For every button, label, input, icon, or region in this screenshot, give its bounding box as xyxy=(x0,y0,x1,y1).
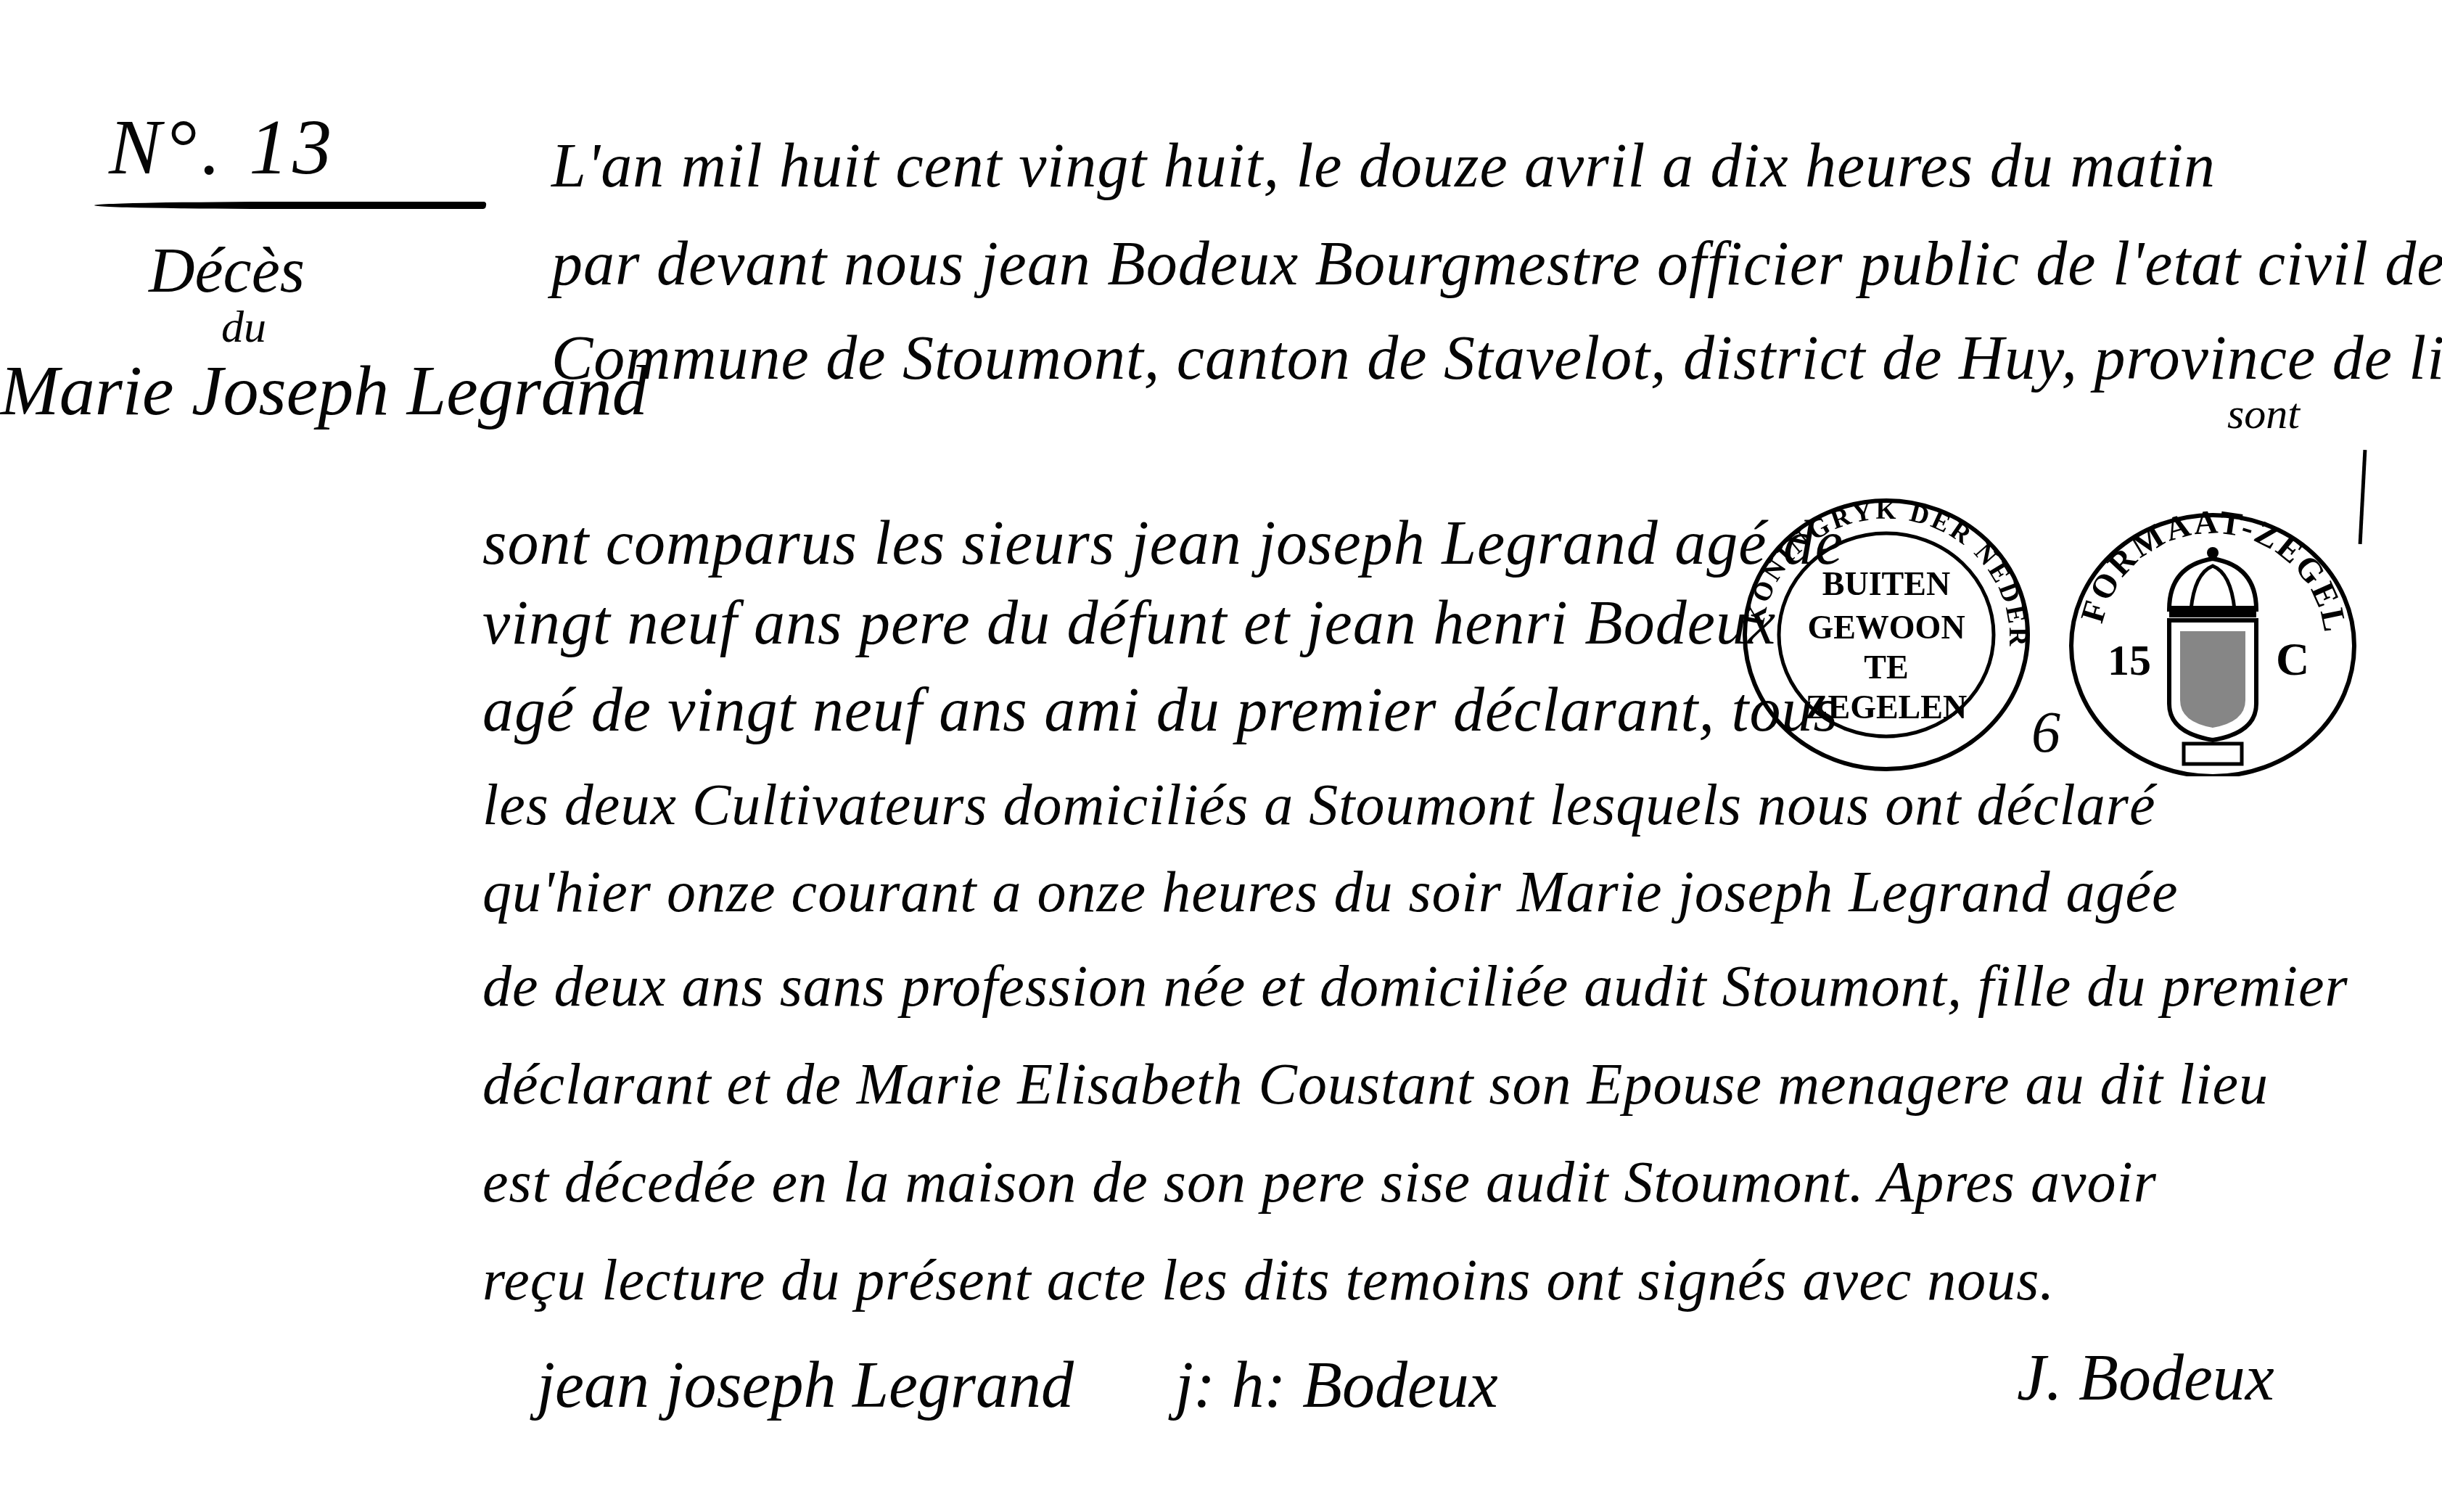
stamp-left-line-3: TE xyxy=(1864,649,1908,686)
stamp-left-line-1: BUITEN xyxy=(1822,565,1950,602)
stamp-unit: C xyxy=(2276,633,2309,685)
margin-underline xyxy=(94,202,486,209)
crown-icon xyxy=(2169,547,2256,617)
stamp-left-line-4: ZEGELEN xyxy=(1806,689,1967,726)
body-line-12: reçu lecture du présent acte les dits te… xyxy=(482,1252,2055,1310)
stamp-buitengewoon: KONINGRYK DER NEDERLANDEN BUITEN GEWOON … xyxy=(1734,493,2039,776)
body-line-10: déclarant et de Marie Elisabeth Coustant… xyxy=(482,1056,2269,1114)
margin-heading: Décès xyxy=(149,239,305,303)
body-line-7: les deux Cultivateurs domiciliés a Stoum… xyxy=(482,776,2155,834)
body-line-6: agé de vingt neuf ans ami du premier déc… xyxy=(482,678,1838,741)
marginal-cross-mark xyxy=(2359,450,2367,544)
signature-mayor-bodeux: J. Bodeux xyxy=(2017,1346,2274,1411)
body-line-2: par devant nous jean Bodeux Bourgmestre … xyxy=(551,232,2442,295)
stamp-formaat-zegel: FORMAAT-ZEGEL 15 C xyxy=(2060,501,2365,776)
margin-subject-name: Marie Joseph Legrand xyxy=(0,356,648,427)
entry-number: N°. 13 xyxy=(109,109,336,187)
signature-jean-henri-bodeux: j: h: Bodeux xyxy=(1175,1353,1498,1418)
stamp-value: 15 xyxy=(2108,636,2151,684)
body-line-5: vingt neuf ans pere du défunt et jean he… xyxy=(482,591,1776,654)
body-line-8: qu'hier onze courant a onze heures du so… xyxy=(482,863,2178,921)
body-line-1: L'an mil huit cent vingt huit, le douze … xyxy=(551,134,2216,197)
body-line-3: Commune de Stoumont, canton de Stavelot,… xyxy=(551,326,2442,389)
signature-jean-joseph-legrand: jean joseph Legrand xyxy=(537,1353,1074,1418)
stamp-left-line-2: GEWOON xyxy=(1807,609,1965,646)
marginal-mark: 6 xyxy=(2031,704,2060,762)
body-line-4: sont comparus les sieurs jean joseph Leg… xyxy=(482,511,1843,574)
coat-of-arms-icon xyxy=(2169,620,2256,764)
body-line-9: de deux ans sans profession née et domic… xyxy=(482,958,2348,1016)
body-line-continuation: sont xyxy=(2227,392,2300,435)
body-line-11: est décedée en la maison de son pere sis… xyxy=(482,1154,2157,1212)
margin-connector: du xyxy=(221,305,266,350)
